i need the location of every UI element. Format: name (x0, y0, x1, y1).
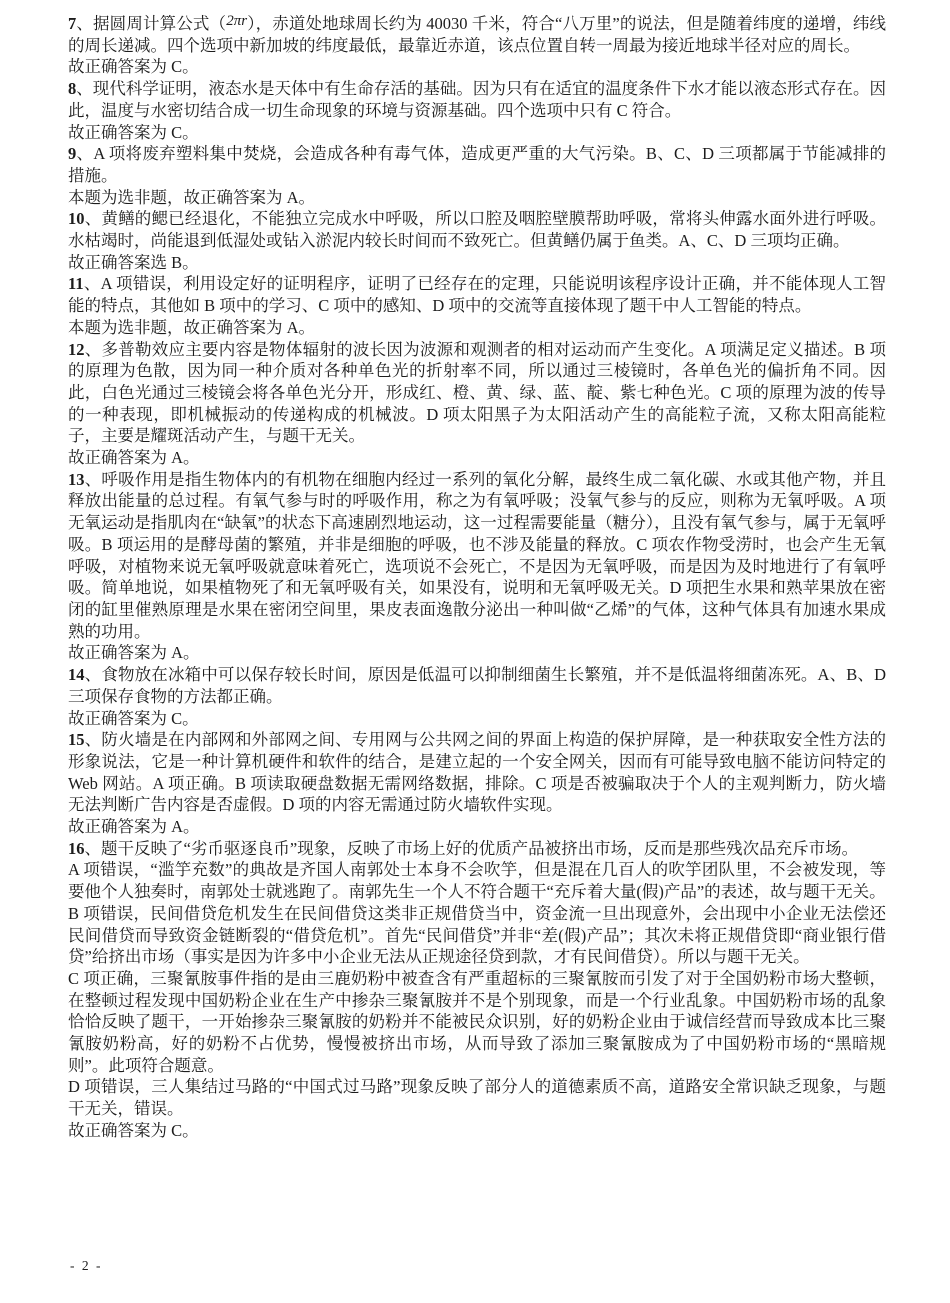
paragraph-text: 故正确答案为 A。 (68, 817, 200, 836)
paragraph-item-16-option-d: D 项错误，三人集结过马路的“中国式过马路”现象反映了部分人的道德素质不高，道路… (68, 1076, 886, 1119)
answer-line: 故正确答案为 A。 (68, 816, 886, 838)
paragraph-item-12: 12、多普勒效应主要内容是物体辐射的波长因为波源和观测者的相对运动而产生变化。A… (68, 339, 886, 448)
paragraph-text: 、黄鳝的鳃已经退化，不能独立完成水中呼吸，所以口腔及咽腔壁膜帮助呼吸，常将头伸露… (68, 209, 886, 250)
item-number: 7 (68, 14, 76, 33)
item-number: 15 (68, 730, 85, 749)
paragraph-text: 本题为选非题，故正确答案为 A。 (68, 188, 315, 207)
paragraph-text: 、A 项将废弃塑料集中焚烧，会造成各种有毒气体，造成更严重的大气污染。B、C、D… (68, 144, 886, 185)
paragraph-text: 故正确答案为 C。 (68, 57, 199, 76)
paragraph-item-11: 11、A 项错误，利用设定好的证明程序，证明了已经存在的定理，只能说明该程序设计… (68, 273, 886, 316)
paragraph-item-10: 10、黄鳝的鳃已经退化，不能独立完成水中呼吸，所以口腔及咽腔壁膜帮助呼吸，常将头… (68, 208, 886, 251)
paragraph-text: 故正确答案为 C。 (68, 123, 199, 142)
paragraph-item-16: 16、题干反映了“劣币驱逐良币”现象，反映了市场上好的优质产品被挤出市场，反而是… (68, 838, 886, 860)
paragraph-text: A 项错误，“滥竽充数”的典故是齐国人南郭处士本身不会吹竽，但是混在几百人的吹竽… (68, 860, 886, 901)
item-number: 13 (68, 470, 85, 489)
paragraph-text: D 项错误，三人集结过马路的“中国式过马路”现象反映了部分人的道德素质不高，道路… (68, 1077, 886, 1118)
item-number: 12 (68, 340, 85, 359)
item-number: 9 (68, 144, 76, 163)
answer-line: 故正确答案为 A。 (68, 642, 886, 664)
paragraph-item-14: 14、食物放在冰箱中可以保存较长时间，原因是低温可以抑制细菌生长繁殖，并不是低温… (68, 664, 886, 707)
answer-line: 本题为选非题，故正确答案为 A。 (68, 317, 886, 339)
paragraph-text: 故正确答案为 A。 (68, 448, 200, 467)
paragraph-text: 、食物放在冰箱中可以保存较长时间，原因是低温可以抑制细菌生长繁殖，并不是低温将细… (68, 665, 886, 706)
answer-line: 故正确答案为 C。 (68, 708, 886, 730)
item-number: 16 (68, 839, 85, 858)
page-number: - 2 - (70, 1258, 103, 1274)
paragraph-item-16-option-a: A 项错误，“滥竽充数”的典故是齐国人南郭处士本身不会吹竽，但是混在几百人的吹竽… (68, 859, 886, 902)
answer-line: 故正确答案为 C。 (68, 122, 886, 144)
answer-line: 本题为选非题，故正确答案为 A。 (68, 187, 886, 209)
paragraph-text: 故正确答案选 B。 (68, 253, 199, 272)
paragraph-item-16-option-b: B 项错误，民间借贷危机发生在民间借贷这类非正规借贷当中，资金流一旦出现意外，会… (68, 903, 886, 968)
item-number: 11 (68, 274, 84, 293)
paragraph-text: 故正确答案为 C。 (68, 709, 199, 728)
paragraph-text: 、防火墙是在内部网和外部网之间、专用网与公共网之间的界面上构造的保护屏障，是一种… (68, 730, 886, 814)
item-number: 10 (68, 209, 85, 228)
document-page: 7、据圆周计算公式（2πr），赤道处地球周长约为 40030 千米，符合“八万里… (0, 0, 950, 1303)
paragraph-item-15: 15、防火墙是在内部网和外部网之间、专用网与公共网之间的界面上构造的保护屏障，是… (68, 729, 886, 816)
paragraph-text: 、据圆周计算公式（ (76, 14, 226, 33)
paragraph-text: 、现代科学证明，液态水是天体中有生命存活的基础。因为只有在适宜的温度条件下水才能… (68, 79, 886, 120)
paragraph-text: 故正确答案为 C。 (68, 1121, 199, 1140)
answer-line: 故正确答案选 B。 (68, 252, 886, 274)
paragraph-item-13: 13、呼吸作用是指生物体内的有机物在细胞内经过一系列的氧化分解，最终生成二氧化碳… (68, 469, 886, 643)
paragraph-text: 本题为选非题，故正确答案为 A。 (68, 318, 315, 337)
paragraph-text: 、A 项错误，利用设定好的证明程序，证明了已经存在的定理，只能说明该程序设计正确… (68, 274, 886, 315)
answer-line: 故正确答案为 C。 (68, 56, 886, 78)
item-number: 8 (68, 79, 76, 98)
paragraph-text: 、题干反映了“劣币驱逐良币”现象，反映了市场上好的优质产品被挤出市场，反而是那些… (85, 839, 859, 858)
paragraph-item-9: 9、A 项将废弃塑料集中焚烧，会造成各种有毒气体，造成更严重的大气污染。B、C、… (68, 143, 886, 186)
paragraph-text: 故正确答案为 A。 (68, 643, 200, 662)
paragraph-item-8: 8、现代科学证明，液态水是天体中有生命存活的基础。因为只有在适宜的温度条件下水才… (68, 78, 886, 121)
paragraph-item-7: 7、据圆周计算公式（2πr），赤道处地球周长约为 40030 千米，符合“八万里… (68, 13, 886, 56)
paragraph-text: B 项错误，民间借贷危机发生在民间借贷这类非正规借贷当中，资金流一旦出现意外，会… (68, 904, 886, 966)
answer-line: 故正确答案为 C。 (68, 1120, 886, 1142)
document-body: 7、据圆周计算公式（2πr），赤道处地球周长约为 40030 千米，符合“八万里… (68, 13, 886, 1142)
formula-2pir: 2πr (226, 13, 247, 29)
item-number: 14 (68, 665, 85, 684)
paragraph-text: 、呼吸作用是指生物体内的有机物在细胞内经过一系列的氧化分解，最终生成二氧化碳、水… (68, 470, 886, 641)
answer-line: 故正确答案为 A。 (68, 447, 886, 469)
paragraph-text: C 项正确，三聚氰胺事件指的是由三鹿奶粉中被查含有严重超标的三聚氰胺而引发了对于… (68, 969, 886, 1075)
paragraph-item-16-option-c: C 项正确，三聚氰胺事件指的是由三鹿奶粉中被查含有严重超标的三聚氰胺而引发了对于… (68, 968, 886, 1077)
paragraph-text: 、多普勒效应主要内容是物体辐射的波长因为波源和观测者的相对运动而产生变化。A 项… (68, 340, 886, 446)
